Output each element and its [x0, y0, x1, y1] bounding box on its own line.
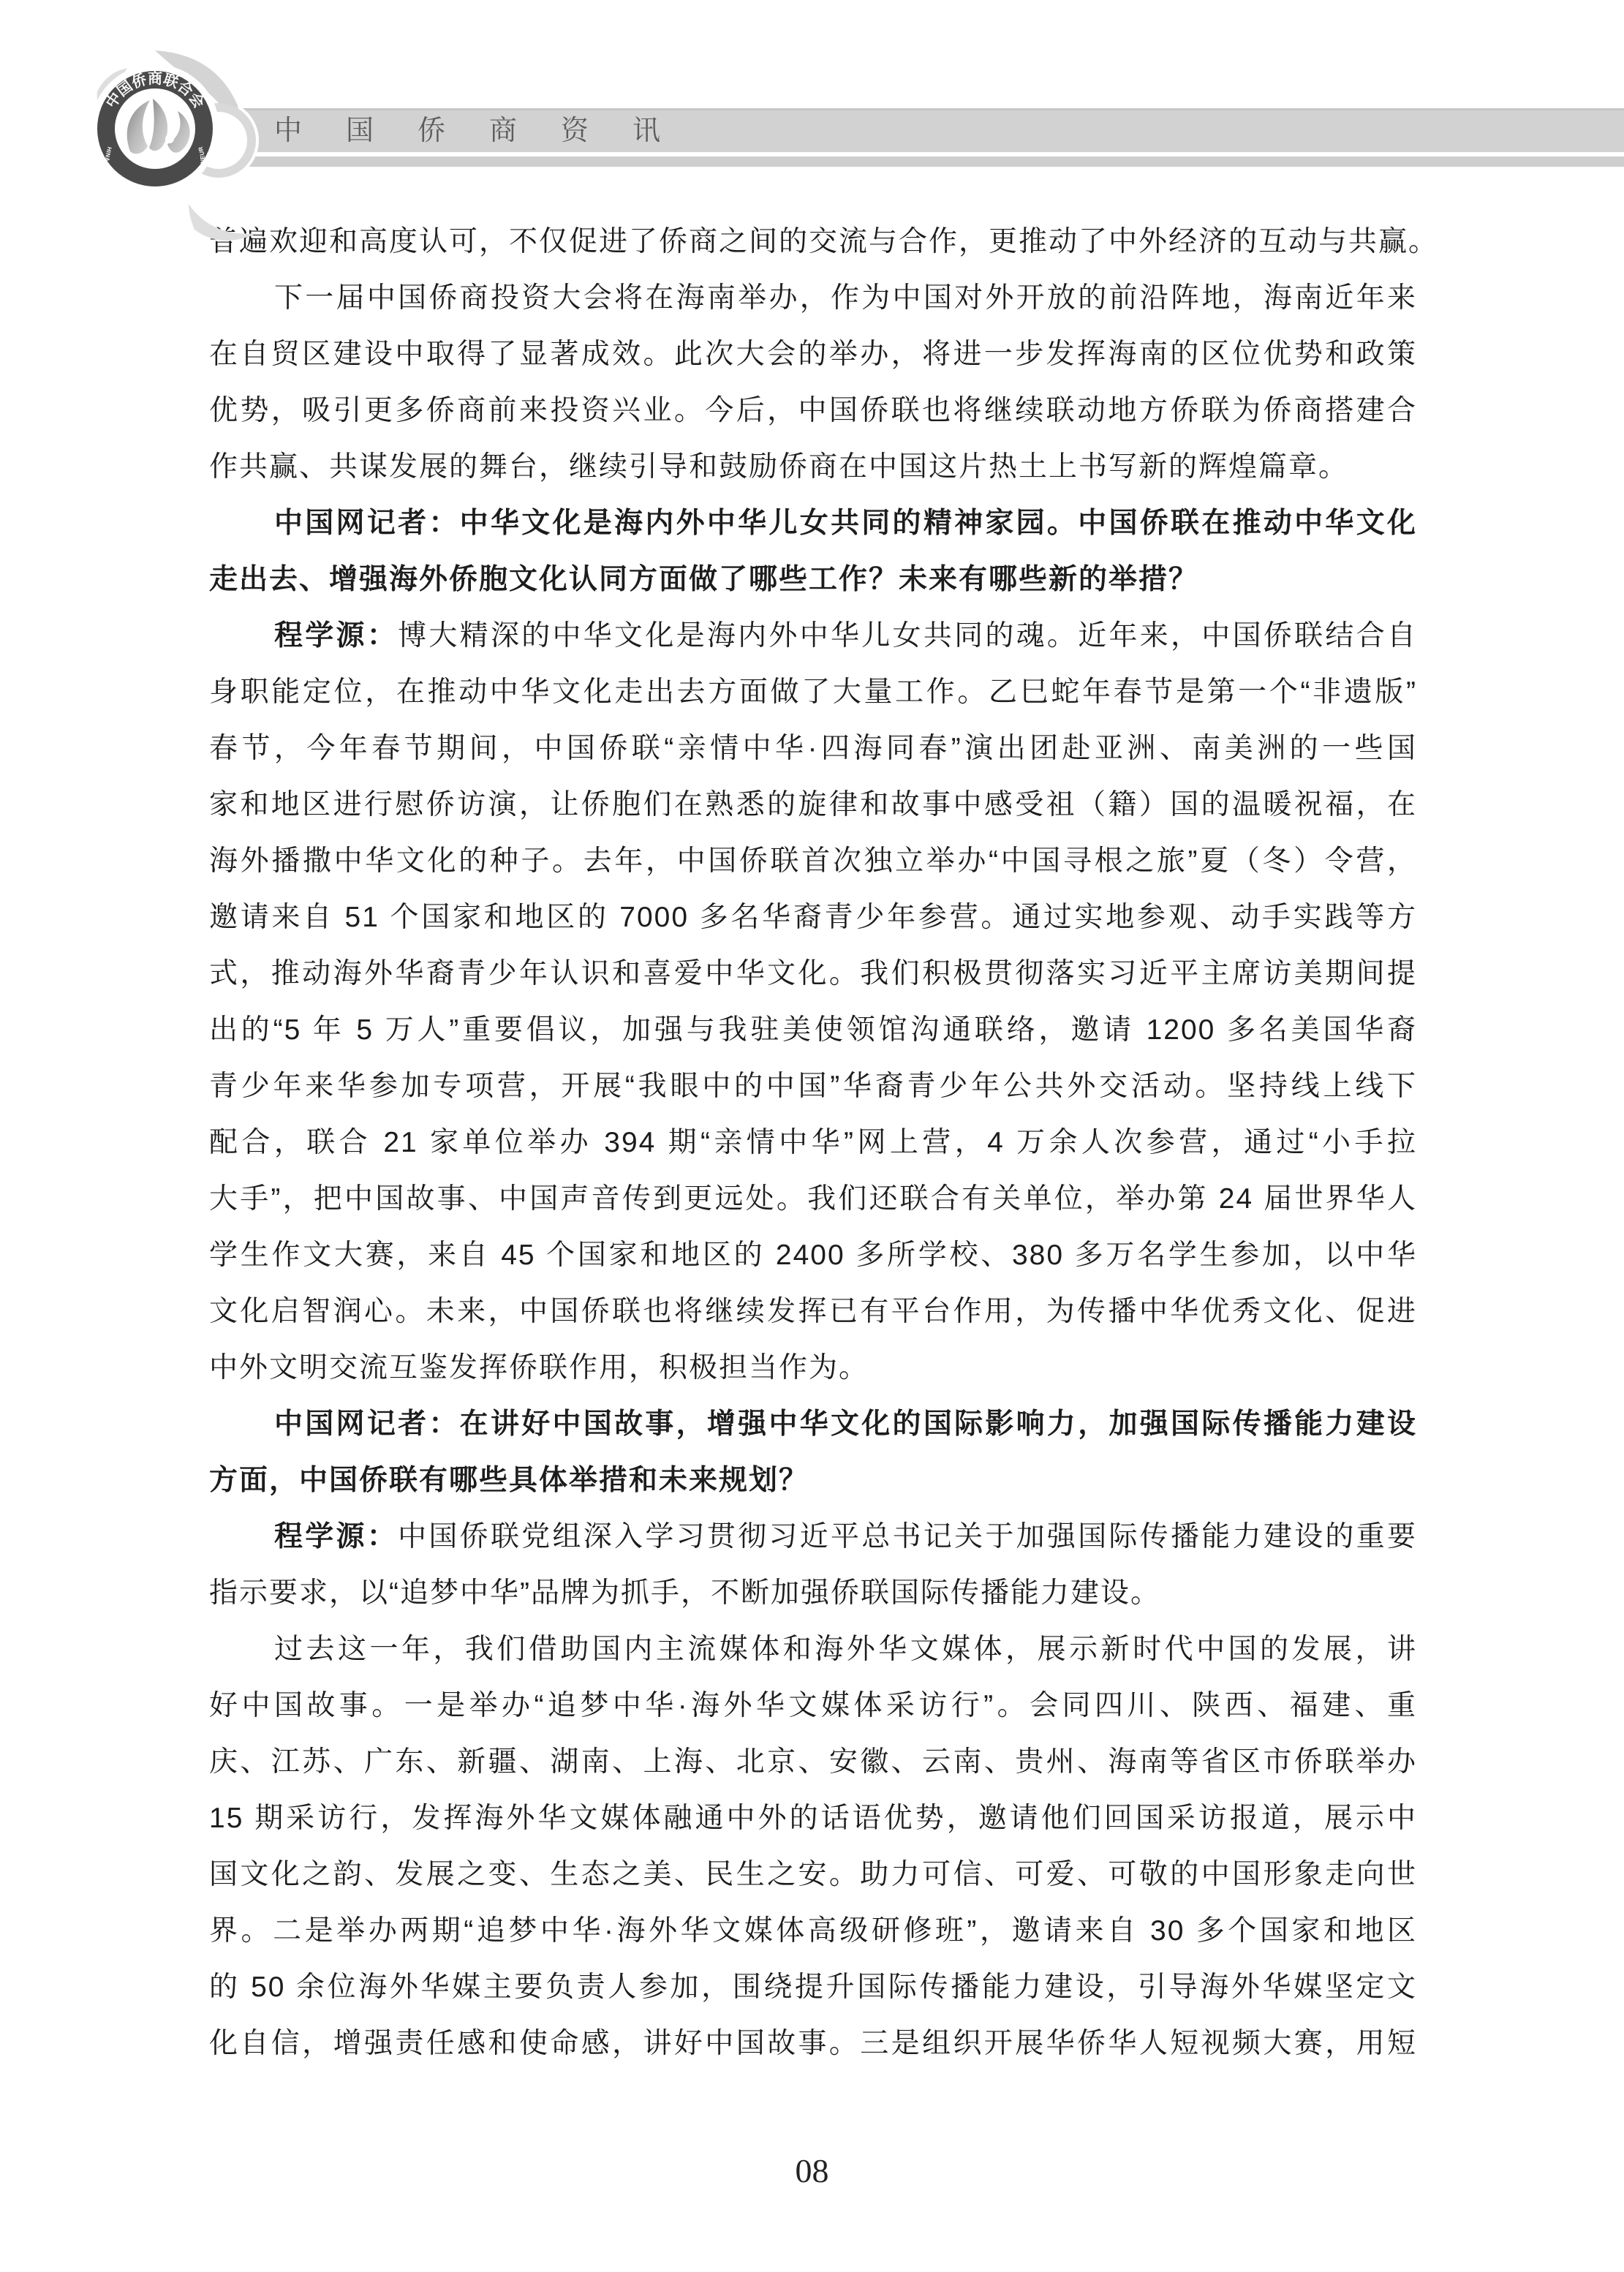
text-line: 下一届中国侨商投资大会将在海南举办，作为中国对外开放的前沿阵地，海南近年来 [209, 270, 1417, 326]
text-line: 出的“5 年 5 万人”重要倡议，加强与我驻美使领馆沟通联络，邀请 1200 多… [209, 1002, 1417, 1058]
text-line: 式，推动海外华裔青少年认识和喜爱中华文化。我们积极贯彻落实习近平主席访美期间提 [209, 946, 1417, 1002]
text-line: 程学源：博大精深的中华文化是海内外中华儿女共同的魂。近年来，中国侨联结合自 [209, 608, 1417, 664]
header-bar: 中国侨商资讯 [219, 108, 1624, 152]
text-line: 界。二是举办两期“追梦中华·海外华文媒体高级研修班”，邀请来自 30 多个国家和… [209, 1903, 1417, 1959]
text-line: 程学源：中国侨联党组深入学习贯彻习近平总书记关于加强国际传播能力建设的重要 [209, 1509, 1417, 1565]
document-page: 中国侨商资讯 中国侨商联合会 [0, 0, 1624, 2272]
text-line: 15 期采访行，发挥海外华文媒体融通中外的话语优势，邀请他们回国采访报道，展示中 [209, 1790, 1417, 1846]
page-number: 08 [0, 2151, 1624, 2190]
text-line: 中外文明交流互鉴发挥侨联作用，积极担当作为。 [209, 1340, 1417, 1396]
article-body: 普遍欢迎和高度认可，不仅促进了侨商之间的交流与合作，更推动了中外经济的互动与共赢… [209, 214, 1417, 2072]
text-line: 在自贸区建设中取得了显著成效。此次大会的举办，将进一步发挥海南的区位优势和政策 [209, 326, 1417, 382]
text-line: 大手”，把中国故事、中国声音传到更远处。我们还联合有关单位，举办第 24 届世界… [209, 1171, 1417, 1227]
text-line: 青少年来华参加专项营，开展“我眼中的中国”华裔青少年公共外交活动。坚持线上线下 [209, 1058, 1417, 1114]
text-line: 家和地区进行慰侨访演，让侨胞们在熟悉的旋律和故事中感受祖（籍）国的温暖祝福，在 [209, 777, 1417, 833]
text-line: 作共赢、共谋发展的舞台，继续引导和鼓励侨商在中国这片热土上书写新的辉煌篇章。 [209, 439, 1417, 495]
text-line: 配合，联合 21 家单位举办 394 期“亲情中华”网上营，4 万余人次参营，通… [209, 1114, 1417, 1171]
page-header-title: 中国侨商资讯 [274, 110, 704, 152]
text-line: 中国网记者：中华文化是海内外中华儿女共同的精神家园。中国侨联在推动中华文化 [209, 495, 1417, 551]
text-line: 海外播撒中华文化的种子。去年，中国侨联首次独立举办“中国寻根之旅”夏（冬）令营， [209, 833, 1417, 889]
text-line: 好中国故事。一是举办“追梦中华·海外华文媒体采访行”。会同四川、陕西、福建、重 [209, 1677, 1417, 1734]
text-line: 化自信，增强责任感和使命感，讲好中国故事。三是组织开展华侨华人短视频大赛，用短 [209, 2015, 1417, 2072]
text-line: 学生作文大赛，来自 45 个国家和地区的 2400 多所学校、380 多万名学生… [209, 1227, 1417, 1283]
header-subbar [249, 156, 1624, 167]
text-line: 文化启智润心。未来，中国侨联也将继续发挥已有平台作用，为传播中华优秀文化、促进 [209, 1283, 1417, 1340]
speaker-name: 程学源： [274, 620, 398, 652]
speaker-name: 程学源： [274, 1521, 398, 1552]
text-line: 的 50 余位海外华媒主要负责人参加，围绕提升国际传播能力建设，引导海外华媒坚定… [209, 1959, 1417, 2015]
text-line: 方面，中国侨联有哪些具体举措和未来规划？ [209, 1452, 1417, 1509]
text-line: 走出去、增强海外侨胞文化认同方面做了哪些工作？未来有哪些新的举措？ [209, 551, 1417, 608]
text-line: 中国网记者：在讲好中国故事，增强中华文化的国际影响力，加强国际传播能力建设 [209, 1396, 1417, 1452]
text-line: 国文化之韵、发展之变、生态之美、民生之安。助力可信、可爱、可敬的中国形象走向世 [209, 1846, 1417, 1903]
text-line: 庆、江苏、广东、新疆、湖南、上海、北京、安徽、云南、贵州、海南等省区市侨联举办 [209, 1734, 1417, 1790]
organization-logo: 中国侨商联合会 CHINA FEDERATION OF OVERSEAS CHI… [45, 30, 265, 242]
text-line: 优势，吸引更多侨商前来投资兴业。今后，中国侨联也将继续联动地方侨联为侨商搭建合 [209, 382, 1417, 439]
text-line: 普遍欢迎和高度认可，不仅促进了侨商之间的交流与合作，更推动了中外经济的互动与共赢… [209, 214, 1417, 270]
text-line: 身职能定位，在推动中华文化走出去方面做了大量工作。乙巳蛇年春节是第一个“非遗版” [209, 664, 1417, 720]
text-line: 邀请来自 51 个国家和地区的 7000 多名华裔青少年参营。通过实地参观、动手… [209, 889, 1417, 946]
text-line: 过去这一年，我们借助国内主流媒体和海外华文媒体，展示新时代中国的发展，讲 [209, 1621, 1417, 1677]
text-line: 指示要求，以“追梦中华”品牌为抓手，不断加强侨联国际传播能力建设。 [209, 1565, 1417, 1621]
text-line: 春节，今年春节期间，中国侨联“亲情中华·四海同春”演出团赴亚洲、南美洲的一些国 [209, 720, 1417, 777]
